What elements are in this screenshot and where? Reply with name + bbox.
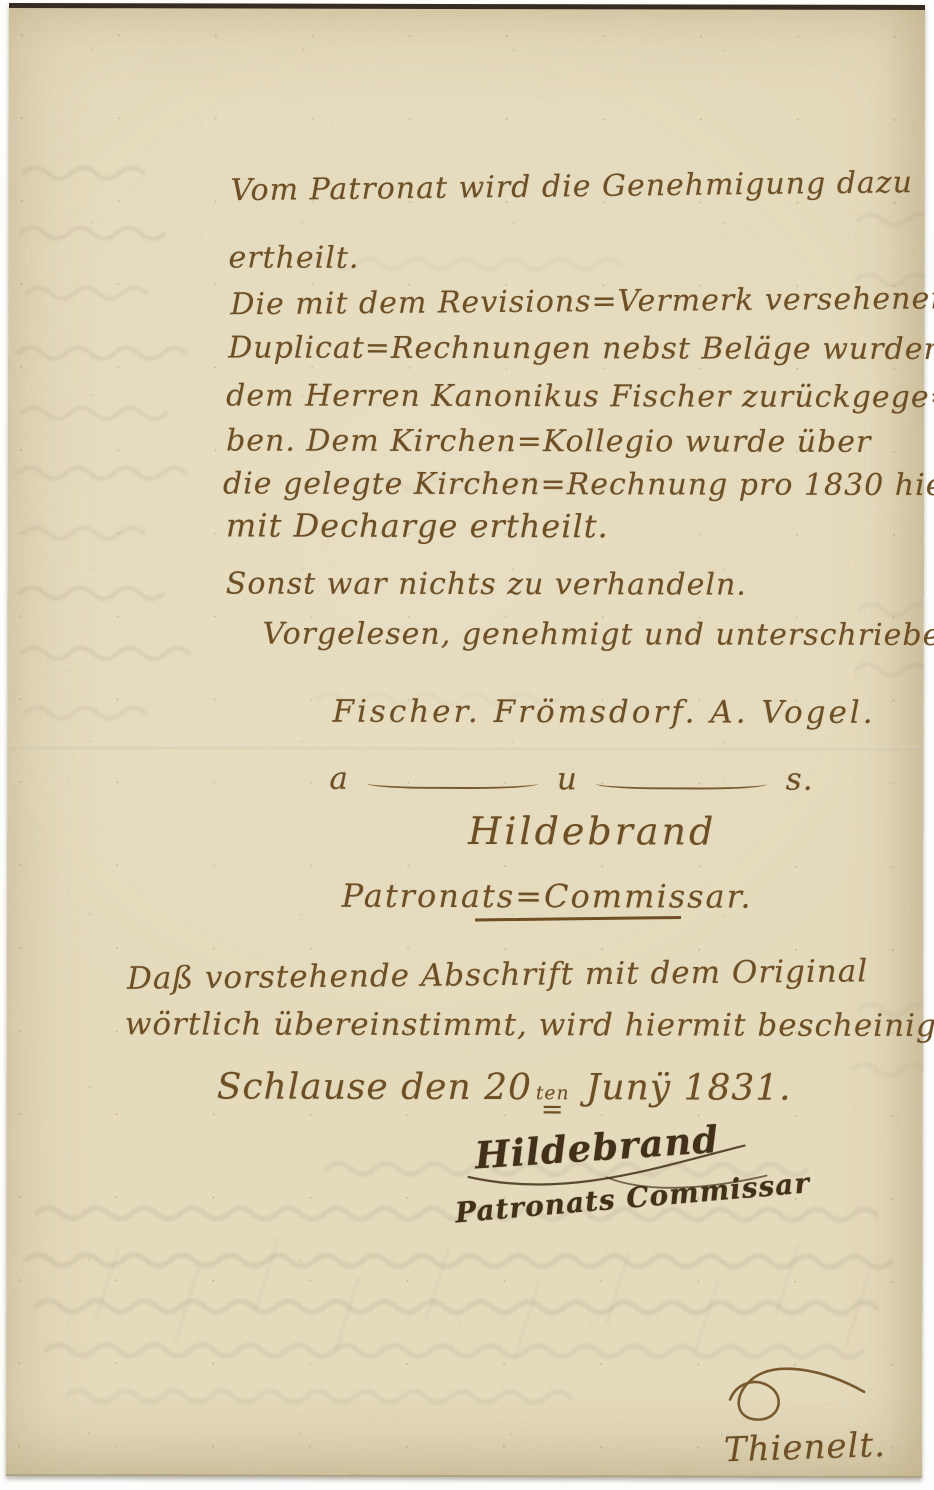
thienelt-flourish (730, 1369, 864, 1420)
scanned-document: Vom Patronat wird die Genehmigung dazu e… (0, 0, 934, 1490)
pen-flourishes (6, 8, 925, 1476)
title-flourish (607, 1175, 767, 1188)
paper-sheet: Vom Patronat wird die Genehmigung dazu e… (6, 3, 925, 1478)
signature-flourish (469, 1145, 745, 1185)
